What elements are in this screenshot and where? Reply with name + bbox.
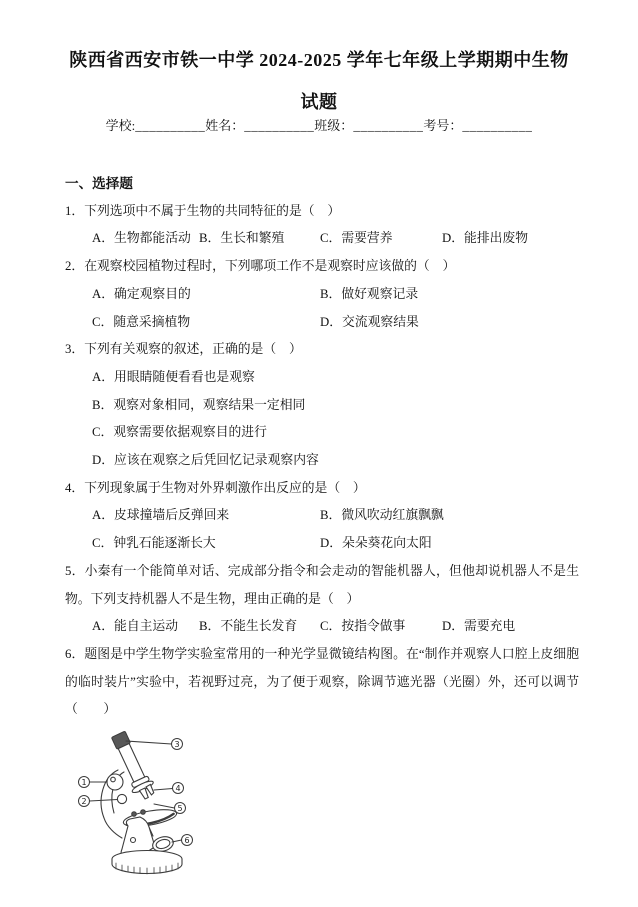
question-1-stem: 1．下列选项中不属于生物的共同特征的是（ ） — [65, 198, 579, 226]
question-5-option-c: C．按指令做事 — [320, 613, 442, 641]
student-info-line: 学校:__________姓名：__________班级：__________考… — [0, 117, 638, 135]
stage-clip-right — [141, 810, 146, 815]
exam-title-line2: 试题 — [0, 90, 638, 114]
question-4-option-b: B．微风吹动红旗飘飘 — [320, 502, 579, 530]
coarse-knob-hub — [111, 777, 116, 782]
question-5-stem: 5．小秦有一个能简单对话、完成部分指令和会走动的智能机器人，但他却说机器人不是生… — [65, 558, 579, 613]
class-field: 班级：__________ — [314, 117, 423, 135]
question-1-option-a: A．生物都能活动 — [92, 225, 199, 253]
school-label: 学校: — [106, 118, 136, 133]
coarse-adjustment-knob — [107, 774, 123, 790]
question-3-option-d: D．应该在观察之后凭回忆记录观察内容 — [92, 447, 579, 475]
leader-line-3 — [126, 741, 172, 744]
pillar-screw — [131, 838, 136, 843]
fine-adjustment-knob — [117, 794, 126, 803]
exam-title-line1: 陕西省西安市铁一中学 2024-2025 学年七年级上学期期中生物 — [0, 48, 638, 72]
question-1-option-d: D．能排出废物 — [442, 225, 528, 253]
question-4: 4．下列现象属于生物对外界刺激作出反应的是（ ） A．皮球撞墙后反弹回来 B．微… — [65, 475, 579, 558]
label-6-text: 6 — [184, 836, 189, 845]
question-2: 2．在观察校园植物过程时，下列哪项工作不是观察时应该做的（ ） A．确定观察目的… — [65, 253, 579, 336]
label-5-text: 5 — [177, 804, 182, 813]
exam-title: 陕西省西安市铁一中学 2024-2025 学年七年级上学期期中生物 试题 — [0, 48, 638, 114]
question-2-option-c: C．随意采摘植物 — [92, 309, 320, 337]
leader-line-5 — [154, 804, 175, 808]
question-5-option-a: A．能自主运动 — [92, 613, 199, 641]
exam-number-label: 考号： — [423, 118, 462, 133]
leader-line-2 — [90, 800, 118, 802]
question-3-option-b: B．观察对象相同，观察结果一定相同 — [92, 392, 579, 420]
question-2-stem: 2．在观察校园植物过程时，下列哪项工作不是观察时应该做的（ ） — [65, 253, 579, 281]
label-1: 1 — [79, 777, 90, 788]
question-5-options: A．能自主运动 B．不能生长发育 C．按指令做事 D．需要充电 — [92, 613, 579, 641]
question-3-stem: 3．下列有关观察的叙述，正确的是（ ） — [65, 336, 579, 364]
question-1-options: A．生物都能活动 B．生长和繁殖 C．需要营养 D．能排出废物 — [92, 225, 579, 253]
question-4-option-c: C．钟乳石能逐渐长大 — [92, 530, 320, 558]
question-2-option-d: D．交流观察结果 — [320, 309, 579, 337]
class-blank: __________ — [353, 118, 423, 133]
body-tube — [118, 744, 145, 783]
question-2-option-b: B．做好观察记录 — [320, 281, 579, 309]
question-3-option-a: A．用眼睛随便看看也是观察 — [92, 364, 579, 392]
question-6: 6．题图是中学生物学实验室常用的一种光学显微镜结构图。在“制作并观察人口腔上皮细… — [65, 641, 579, 876]
label-2-text: 2 — [81, 797, 86, 806]
question-5-option-d: D．需要充电 — [442, 613, 515, 641]
question-5-option-b: B．不能生长发育 — [199, 613, 320, 641]
question-6-stem: 6．题图是中学生物学实验室常用的一种光学显微镜结构图。在“制作并观察人口腔上皮细… — [65, 641, 579, 724]
question-1: 1．下列选项中不属于生物的共同特征的是（ ） A．生物都能活动 B．生长和繁殖 … — [65, 198, 579, 253]
label-3-text: 3 — [174, 740, 179, 749]
exam-number-blank: __________ — [462, 118, 532, 133]
label-3: 3 — [172, 739, 183, 750]
exam-paper: 陕西省西安市铁一中学 2024-2025 学年七年级上学期期中生物 试题 学校:… — [0, 0, 638, 907]
label-4: 4 — [173, 783, 184, 794]
question-2-options: A．确定观察目的 B．做好观察记录 C．随意采摘植物 D．交流观察结果 — [92, 281, 579, 336]
class-label: 班级： — [314, 118, 353, 133]
name-blank: __________ — [244, 118, 314, 133]
label-2: 2 — [79, 796, 90, 807]
leader-line-4 — [154, 789, 173, 791]
question-1-option-c: C．需要营养 — [320, 225, 442, 253]
question-3-option-c: C．观察需要依据观察目的进行 — [92, 419, 579, 447]
label-1-text: 1 — [81, 778, 86, 787]
question-4-option-d: D．朵朵葵花向太阳 — [320, 530, 579, 558]
exam-body: 一、选择题 1．下列选项中不属于生物的共同特征的是（ ） A．生物都能活动 B．… — [65, 170, 579, 876]
label-6: 6 — [182, 835, 193, 846]
question-2-option-a: A．确定观察目的 — [92, 281, 320, 309]
microscope-figure: 1 2 3 4 5 — [70, 724, 579, 876]
school-blank: __________ — [135, 118, 205, 133]
label-5: 5 — [175, 803, 186, 814]
microscope-diagram: 1 2 3 4 5 — [70, 724, 230, 876]
stage-clip-left — [132, 812, 137, 817]
question-3: 3．下列有关观察的叙述，正确的是（ ） A．用眼睛随便看看也是观察 B．观察对象… — [65, 336, 579, 475]
name-label: 姓名： — [205, 118, 244, 133]
name-field: 姓名：__________ — [205, 117, 314, 135]
question-4-options: A．皮球撞墙后反弹回来 B．微风吹动红旗飘飘 C．钟乳石能逐渐长大 D．朵朵葵花… — [92, 502, 579, 557]
school-field: 学校:__________ — [106, 117, 206, 135]
section-title: 一、选择题 — [65, 170, 579, 198]
question-3-options: A．用眼睛随便看看也是观察 B．观察对象相同，观察结果一定相同 C．观察需要依据… — [92, 364, 579, 475]
label-4-text: 4 — [175, 784, 180, 793]
question-5: 5．小秦有一个能简单对话、完成部分指令和会走动的智能机器人，但他却说机器人不是生… — [65, 558, 579, 641]
question-1-option-b: B．生长和繁殖 — [199, 225, 320, 253]
question-4-stem: 4．下列现象属于生物对外界刺激作出反应的是（ ） — [65, 475, 579, 503]
question-4-option-a: A．皮球撞墙后反弹回来 — [92, 502, 320, 530]
exam-number-field: 考号：__________ — [423, 117, 532, 135]
